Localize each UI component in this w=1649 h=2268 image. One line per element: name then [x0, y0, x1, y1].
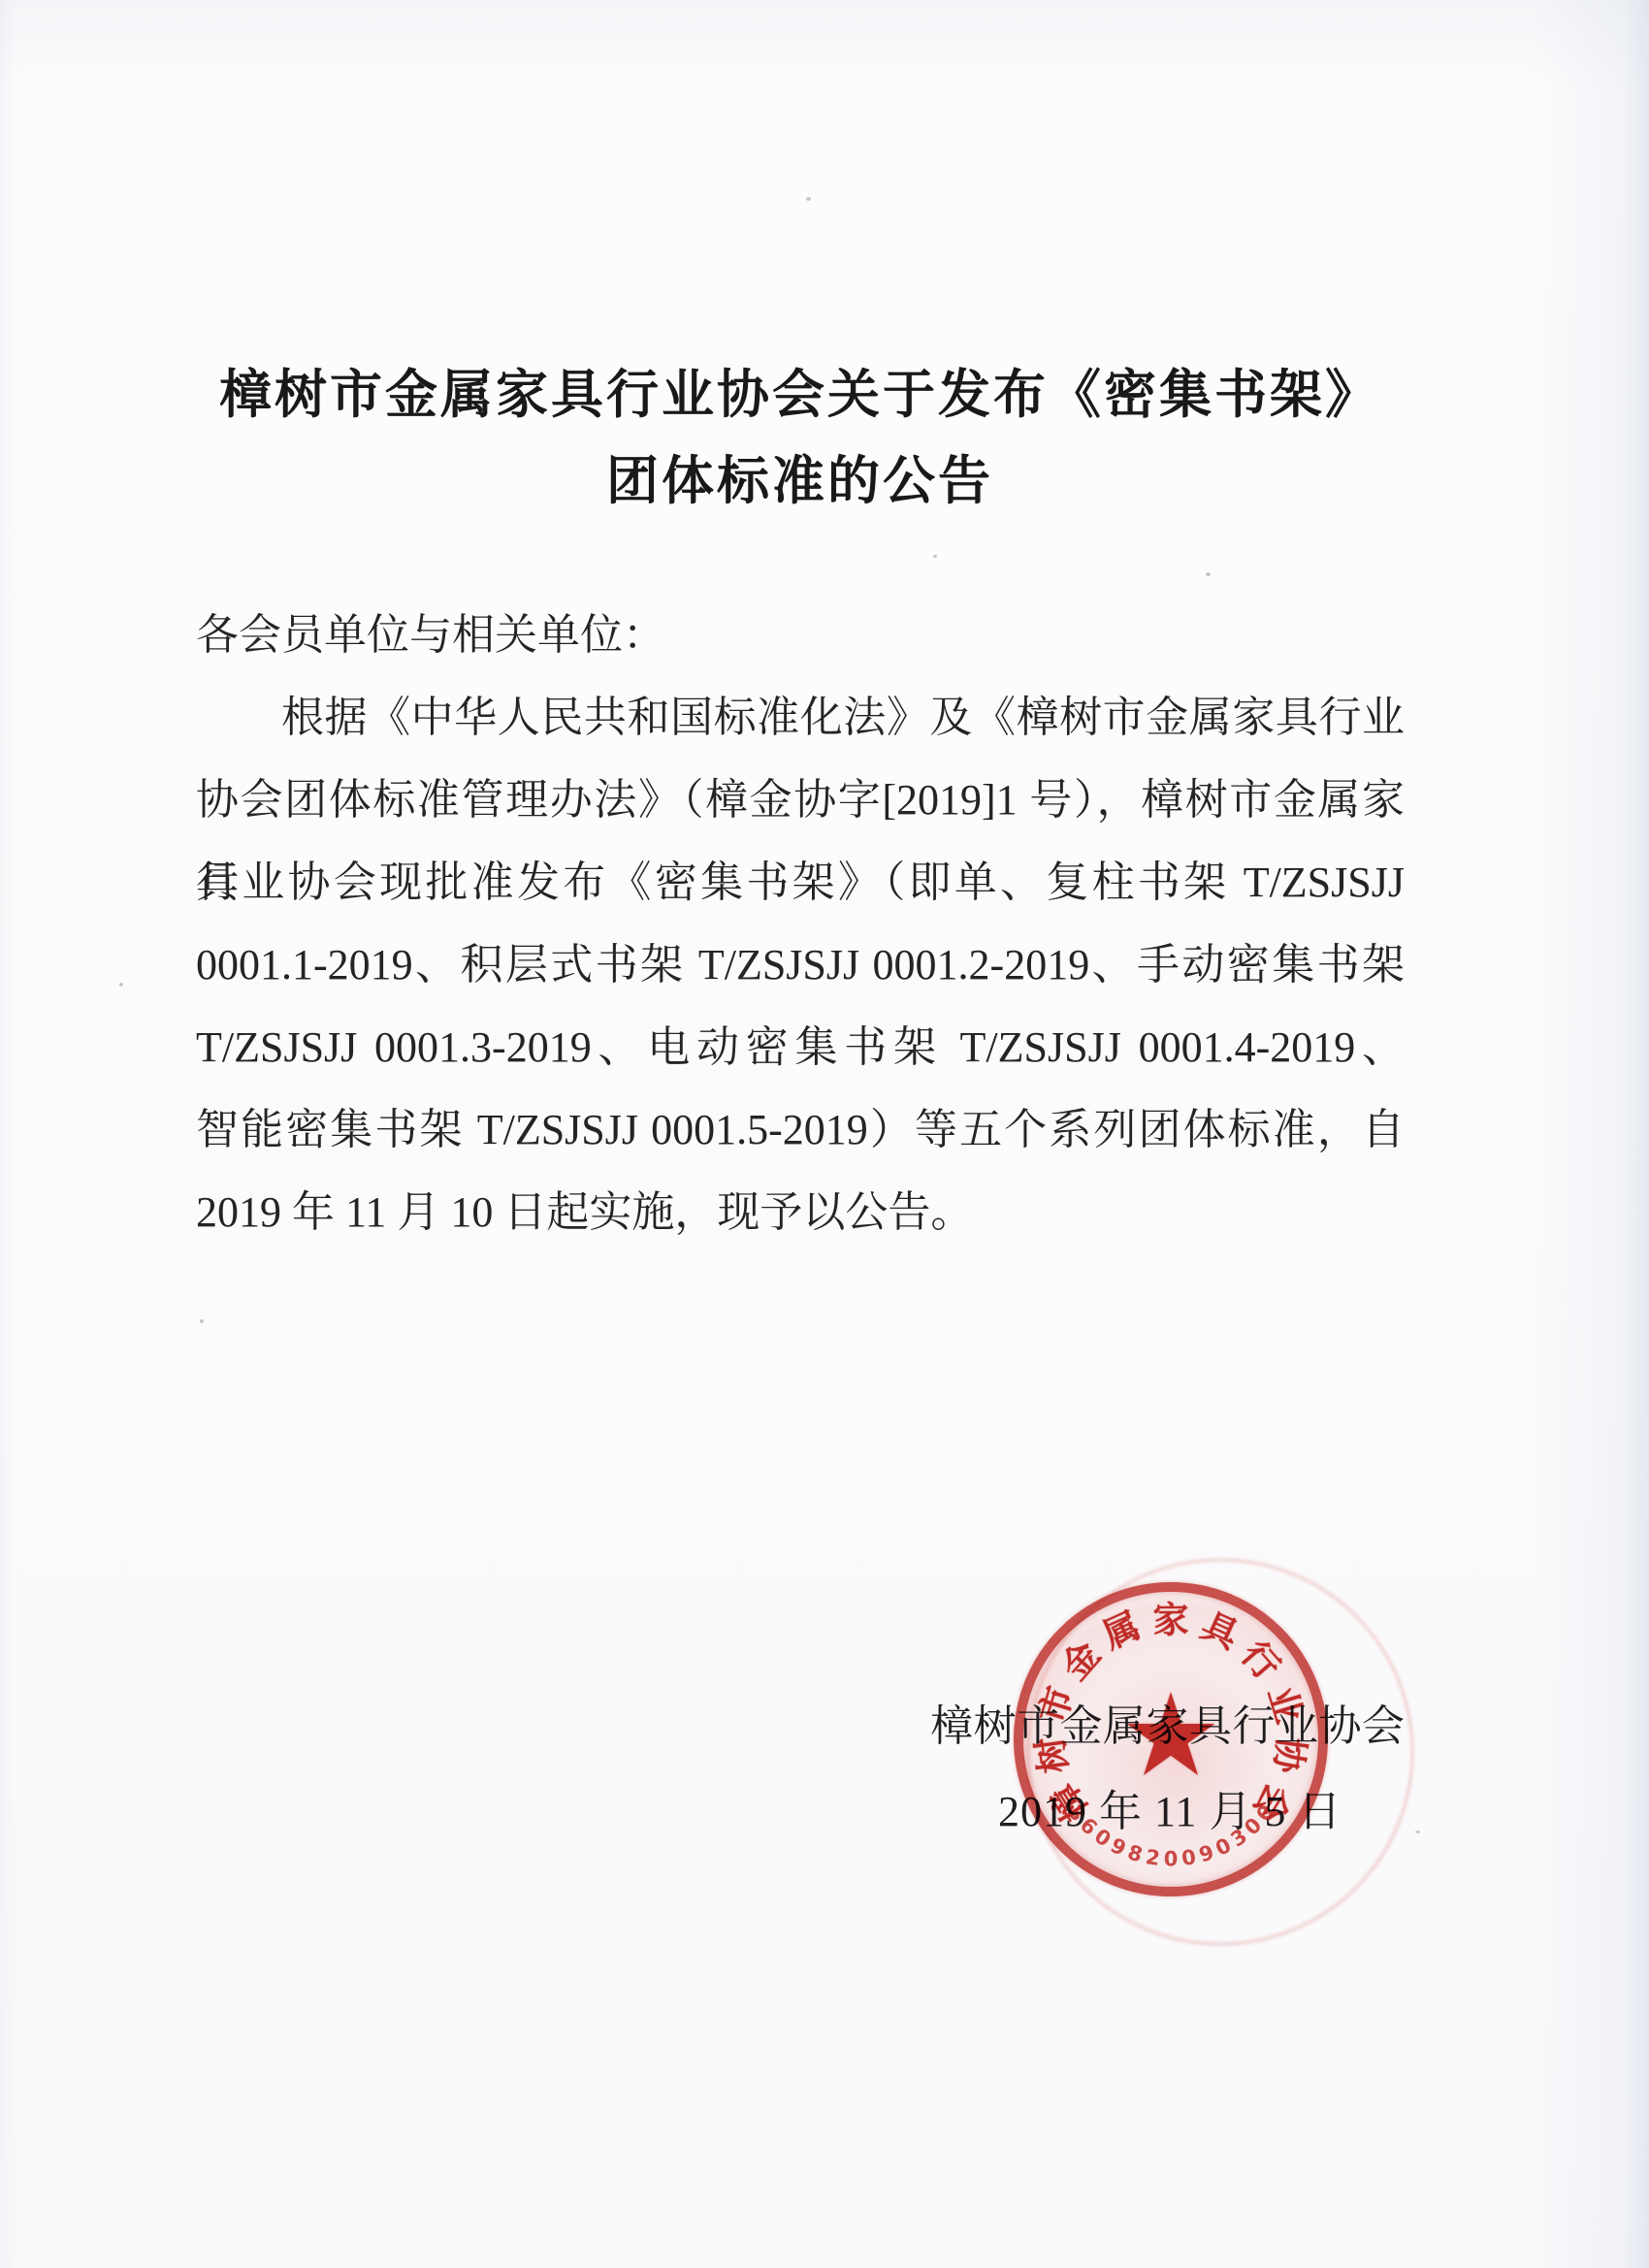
- body-line: 根据《中华人民共和国标准化法》及《樟树市金属家具行业: [196, 676, 1405, 759]
- document-title: 樟树市金属家具行业协会关于发布《密集书架》 团体标准的公告: [196, 352, 1404, 525]
- scan-speck: [1415, 1831, 1420, 1833]
- salutation: 各会员单位与相关单位：: [196, 594, 1405, 676]
- scan-streak-top: [0, 0, 1649, 87]
- scan-speck: [119, 983, 123, 987]
- body-line: 智能密集书架 T/ZSJSJJ 0001.5-2019）等五个系列团体标准，自: [196, 1088, 1405, 1171]
- seal-serial-number: 3609820090300: [1014, 1582, 1328, 1896]
- scan-speck: [806, 197, 811, 201]
- official-seal: ★ 樟树市金属家具行业协会 3609820090300: [1014, 1582, 1328, 1896]
- title-line-2: 团体标准的公告: [196, 438, 1404, 525]
- title-line-1: 樟树市金属家具行业协会关于发布《密集书架》: [196, 352, 1404, 438]
- body-line: 2019 年 11 月 10 日起实施，现予以公告。: [196, 1171, 1405, 1253]
- body-line: 协会团体标准管理办法》（樟金协字[2019]1 号），樟树市金属家具: [196, 759, 1405, 841]
- scanned-document-page: 樟树市金属家具行业协会关于发布《密集书架》 团体标准的公告 各会员单位与相关单位…: [0, 0, 1649, 2268]
- document-body: 各会员单位与相关单位： 根据《中华人民共和国标准化法》及《樟树市金属家具行业 协…: [196, 594, 1405, 1253]
- body-line: T/ZSJSJJ 0001.3-2019、电动密集书架 T/ZSJSJJ 000…: [196, 1006, 1405, 1088]
- body-line: 行业协会现批准发布《密集书架》（即单、复柱书架 T/ZSJSJJ: [196, 841, 1405, 923]
- body-line: 0001.1-2019、积层式书架 T/ZSJSJJ 0001.2-2019、手…: [196, 923, 1405, 1006]
- scan-streak-right: [1503, 0, 1649, 2268]
- scan-speck: [200, 1319, 204, 1323]
- scan-speck: [1206, 572, 1211, 576]
- scan-speck: [933, 555, 937, 558]
